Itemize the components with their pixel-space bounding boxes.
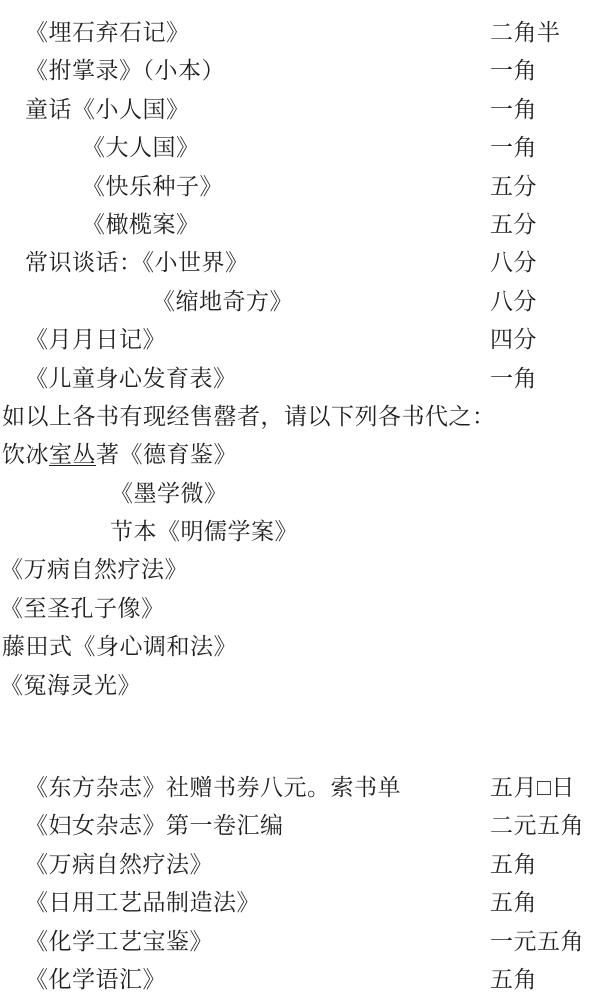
book-row: 《东方杂志》社赠书券八元。索书单五月□日	[0, 769, 607, 807]
book-row: 《妇女杂志》第一卷汇编二元五角	[0, 807, 607, 845]
book-row: 《万病自然疗法》	[0, 551, 607, 589]
book-price: 五分	[490, 168, 537, 206]
book-row: 常识谈话：《小世界》八分	[0, 244, 607, 282]
book-title: 《缩地奇方》	[0, 283, 293, 321]
book-title: 《日用工艺品制造法》	[0, 884, 260, 922]
book-row: 《缩地奇方》八分	[0, 283, 607, 321]
book-title: 《拊掌录》（小本）	[0, 52, 225, 90]
book-price: 二角半	[490, 14, 561, 52]
book-title: 《月月日记》	[0, 321, 166, 359]
book-title: 《万病自然疗法》	[0, 846, 213, 884]
book-title: 常识谈话：《小世界》	[0, 244, 249, 282]
book-price: 一元五角	[490, 923, 584, 961]
book-row: 《拊掌录》（小本）一角	[0, 52, 607, 90]
book-title: 《儿童身心发育表》	[0, 360, 237, 398]
section-book-price-list: 《埋石弃石记》二角半《拊掌录》（小本）一角童话《小人国》一角《大人国》一角《快乐…	[0, 14, 607, 705]
book-price: 五角	[490, 961, 537, 999]
book-title: 《至圣孔子像》	[0, 590, 165, 628]
book-title: 《大人国》	[0, 129, 200, 167]
book-row: 《月月日记》四分	[0, 321, 607, 359]
book-title: 《万病自然疗法》	[0, 551, 188, 589]
book-row: 饮冰室丛著《德育鉴》	[0, 436, 607, 474]
book-row: 童话《小人国》一角	[0, 91, 607, 129]
title-text: 著《德育鉴》	[96, 442, 237, 467]
book-price: 二元五角	[490, 807, 584, 845]
book-title: 如以上各书有现经售罄者，请以下列各书代之：	[0, 398, 496, 436]
book-title: 童话《小人国》	[0, 91, 190, 129]
book-price: 五分	[490, 206, 537, 244]
book-title: 《东方杂志》社赠书券八元。索书单	[0, 769, 401, 807]
section-magazine-price-list: 《东方杂志》社赠书券八元。索书单五月□日《妇女杂志》第一卷汇编二元五角《万病自然…	[0, 769, 607, 999]
book-price: 一角	[490, 91, 537, 129]
book-title: 节本《明儒学案》	[0, 513, 298, 551]
book-row: 如以上各书有现经售罄者，请以下列各书代之：	[0, 398, 607, 436]
book-title: 《化学工艺宝鉴》	[0, 923, 213, 961]
book-row: 《冤海灵光》	[0, 667, 607, 705]
book-price: 一角	[490, 360, 537, 398]
book-title: 《橄榄案》	[0, 206, 200, 244]
book-title: 饮冰室丛著《德育鉴》	[0, 436, 237, 474]
book-title: 《妇女杂志》第一卷汇编	[0, 807, 284, 845]
book-title: 《快乐种子》	[0, 168, 223, 206]
book-row: 《橄榄案》五分	[0, 206, 607, 244]
book-row: 《埋石弃石记》二角半	[0, 14, 607, 52]
book-row: 《快乐种子》五分	[0, 168, 607, 206]
book-price: 一角	[490, 52, 537, 90]
book-price: 一角	[490, 129, 537, 167]
book-price: 八分	[490, 283, 537, 321]
book-row: 《日用工艺品制造法》五角	[0, 884, 607, 922]
book-row: 《化学语汇》五角	[0, 961, 607, 999]
title-text: 饮冰	[2, 442, 49, 467]
book-price: 五角	[490, 846, 537, 884]
book-row: 《万病自然疗法》五角	[0, 846, 607, 884]
book-title: 《墨学微》	[0, 475, 228, 513]
book-title: 《埋石弃石记》	[0, 14, 190, 52]
book-price: 八分	[490, 244, 537, 282]
book-title: 《冤海灵光》	[0, 667, 141, 705]
underlined-text: 室丛	[49, 442, 96, 467]
document-page: 《埋石弃石记》二角半《拊掌录》（小本）一角童话《小人国》一角《大人国》一角《快乐…	[0, 0, 607, 1000]
section-gap	[0, 705, 607, 769]
book-price: 五月□日	[490, 769, 575, 807]
book-title: 《化学语汇》	[0, 961, 166, 999]
book-row: 节本《明儒学案》	[0, 513, 607, 551]
book-row: 藤田式《身心调和法》	[0, 628, 607, 666]
book-row: 《墨学微》	[0, 475, 607, 513]
book-title: 藤田式《身心调和法》	[0, 628, 237, 666]
book-row: 《至圣孔子像》	[0, 590, 607, 628]
book-row: 《化学工艺宝鉴》一元五角	[0, 923, 607, 961]
book-price: 五角	[490, 884, 537, 922]
book-row: 《儿童身心发育表》一角	[0, 360, 607, 398]
book-row: 《大人国》一角	[0, 129, 607, 167]
book-price: 四分	[490, 321, 537, 359]
